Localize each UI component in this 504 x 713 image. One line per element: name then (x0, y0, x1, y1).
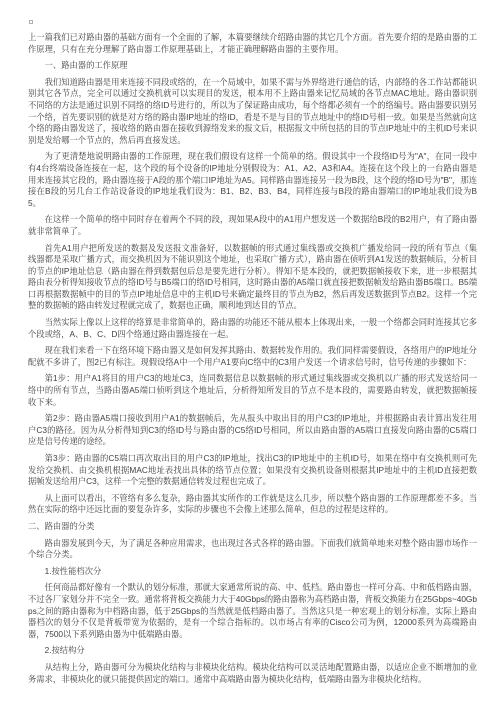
subsection-heading-performance: 1.按性能档次分 (28, 566, 477, 578)
paragraph: 首先A1用户把所发送的数据及发送报文准备好，以数据帧的形式通过集线器或交换机广播… (28, 243, 477, 313)
section1-heading: 一、路由器的工作原理 (28, 60, 477, 72)
paragraph: 从上面可以看出，不管络有多么复杂，路由器其实所作的工作就是这么几步，所以整个路由… (28, 493, 477, 516)
subsection-heading-structure: 2.按结构分 (28, 645, 477, 657)
paragraph: 第2步：路由器A5端口接收到用户A1的数据帧后，先从报头中取出目的用户C3的IP… (28, 413, 477, 448)
article: 上一篇我们已对路由器的基础方面有一个全面的了解，本篇要继续介绍路由器的其它几个方… (0, 0, 504, 713)
paragraph: 任何商品都好像有一个默认的划分标准，那就大家通常所说的高、中、低档。路由器也一样… (28, 582, 477, 640)
paragraph: 第1步：用户A1将目的用户C3的地址C3，连同数据信息以数据帧的形式通过集线器或… (28, 373, 477, 408)
paragraph: 当然实际上像以上这样的络算是非常简单的，路由器的功能还不能从根本上体现出来，一般… (28, 317, 477, 340)
paragraph: 从结构上分，路由器可分为模块化结构与非模块化结构。模块化结构可以灵活地配置路由器… (28, 662, 477, 685)
paragraph: 路由器发展到今天，为了满足各种应用需求，也出现过各式各样的路由器。下面我们就简单… (28, 538, 477, 561)
paragraph: 在这样一个简单的络中同时存在着两个不同的段，现如果A段中的A1用户想发送一个数据… (28, 214, 477, 237)
paragraph: 现在我们来看一下在络环境下路由器又是如何发挥其路由、数据转发作用的。我们同样需要… (28, 345, 477, 368)
paragraph: 我们知道路由器是用来连接不同段或络的，在一个局域中，如果不需与外界络进行通信的话… (28, 77, 477, 147)
section2-heading: 二、路由器的分类 (28, 521, 477, 533)
paragraph: 第3步：路由器的C5端口再次取出目的用户C3的IP地址，找出C3的IP地址中的主… (28, 453, 477, 488)
empty-image-placeholder-icon (29, 20, 33, 24)
paragraph: 为了更清楚地说明路由器的工作原理，现在我们假设有这样一个简单的络。假设其中一个段… (28, 151, 477, 209)
intro-paragraph: 上一篇我们已对路由器的基础方面有一个全面的了解，本篇要继续介绍路由器的其它几个方… (28, 32, 477, 55)
